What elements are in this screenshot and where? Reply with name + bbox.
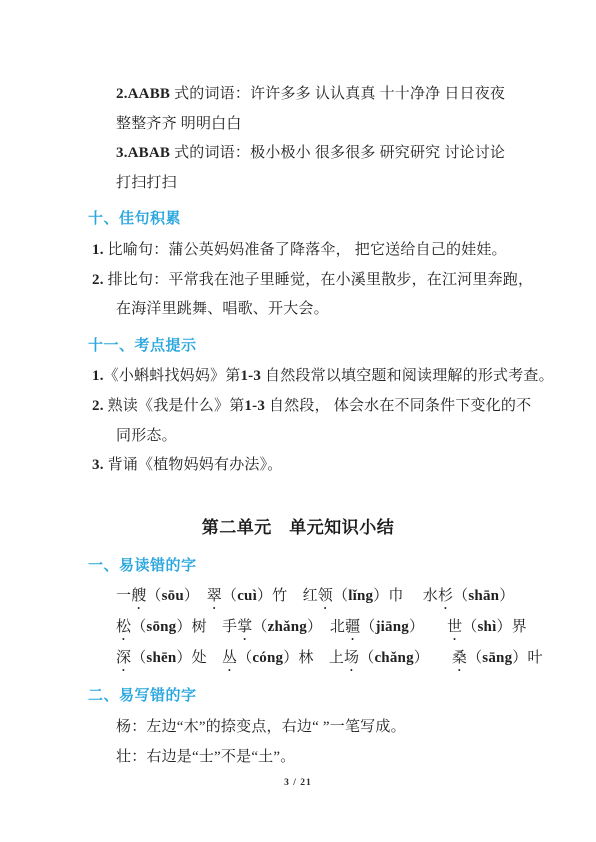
latin-text: 1. [92,368,104,384]
latin-text: jiāng [375,619,409,635]
latin-text: shēn [146,650,176,666]
latin-text: lǐng [348,588,373,604]
text-line: 深（shēn）处 丛（cóng）林 上场（chǎng） 桑（sāng）叶 [88,644,556,675]
text-line: 整整齐齐 明明白白 [88,110,556,140]
latin-text: shān [468,588,499,604]
text-line: 2. 排比句：平常我在池子里睡觉，在小溪里散步，在江河里奔跑， [88,266,556,296]
text-line: 同形态。 [88,422,556,452]
emphasis-dot-char: 松 [116,619,131,635]
latin-text: shì [478,619,497,635]
latin-text: 3. [92,457,104,473]
emphasis-dot-char: 掌 [237,619,252,635]
emphasis-dot-char: 场 [344,650,359,666]
text-line: 3. 背诵《植物妈妈有办法》。 [88,451,556,481]
emphasis-dot-char: 疆 [345,619,360,635]
latin-text: sōng [146,619,176,635]
latin-text: 1. [92,242,104,258]
latin-text: 2. [92,272,104,288]
text-line: 松（sōng）树 手掌（zhǎng） 北疆（jiāng） 世（shì）界 [88,613,556,644]
latin-text: chǎng [374,650,413,666]
text-line: 一艘（sōu） 翠（cuì）竹 红领（lǐng）巾 水杉（shān） [88,582,556,613]
emphasis-dot-char: 世 [447,619,462,635]
latin-text: sōu [162,588,184,604]
emphasis-dot-char: 深 [116,650,131,666]
doc-title: 第二单元 单元知识小结 [0,511,596,545]
emphasis-dot-char: 翠 [207,588,222,604]
section-heading: 十、佳句积累 [88,204,556,234]
text-line: 杨：左边“木”的捺变点，右边“ ”一笔写成。 [88,713,556,743]
latin-text: 3.ABAB [116,145,170,161]
text-line: 2.AABB 式的词语：许许多多 认认真真 十十净净 日日夜夜 [88,80,556,110]
emphasis-dot-char: 艘 [131,588,146,604]
emphasis-dot-char: 领 [318,588,333,604]
text-line: 2. 熟读《我是什么》第1-3 自然段， 体会水在不同条件下变化的不 [88,392,556,422]
latin-text: 2.AABB [116,86,170,102]
latin-text: 1-3 [244,398,265,414]
latin-text: zhǎng [268,619,307,635]
emphasis-dot-char: 杉 [438,588,453,604]
latin-text: cóng [252,650,283,666]
page-number: 3 / 21 [0,778,596,788]
text-line: 打扫打扫 [88,169,556,199]
section-heading: 一、易读错的字 [88,551,556,581]
text-line: 3.ABAB 式的词语：极小极小 很多很多 研究研究 讨论讨论 [88,139,556,169]
document-page: 2.AABB 式的词语：许许多多 认认真真 十十净净 日日夜夜整整齐齐 明明白白… [0,0,596,842]
section-heading: 十一、考点提示 [88,331,556,361]
section-heading: 二、易写错的字 [88,681,556,711]
text-line: 1. 比喻句：蒲公英妈妈准备了降落伞， 把它送给自己的娃娃。 [88,236,556,266]
text-line: 壮：右边是“士”不是“土”。 [88,743,556,773]
text-line: 在海洋里跳舞、唱歌、开大会。 [88,295,556,325]
emphasis-dot-char: 桑 [452,650,467,666]
latin-text: 2. [92,398,104,414]
latin-text: sāng [482,650,512,666]
latin-text: 1-3 [240,368,261,384]
content-lines: 2.AABB 式的词语：许许多多 认认真真 十十净净 日日夜夜整整齐齐 明明白白… [88,80,556,772]
text-line: 1.《小蝌蚪找妈妈》第1-3 自然段常以填空题和阅读理解的形式考查。 [88,362,556,392]
emphasis-dot-char: 丛 [222,650,237,666]
latin-text: cuì [237,588,257,604]
